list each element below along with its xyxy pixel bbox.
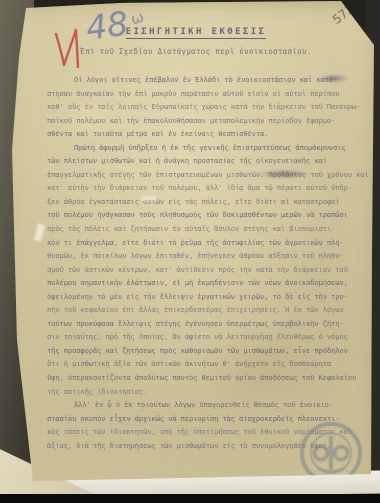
text-line: σμοῦ τῶν ἀστικῶν κέντρων, κατ' ἀντίθεσιν… bbox=[47, 263, 374, 277]
text-line: τοῦ πολέμου ἠνάγκασαν τοὺς πληθυσμοὺς τῶ… bbox=[47, 208, 374, 222]
paper-scratch bbox=[142, 196, 157, 201]
text-line: ὀφειλομένην τὸ μὲν εἰς τὴν ἔλλειψιν ἐργα… bbox=[47, 290, 374, 304]
text-line: ξεν ἀθρόα ἐγκατάστασις ἀστῶν εἰς τὰς πόλ… bbox=[47, 195, 374, 209]
text-line: παϊκοῦ πολέμου καὶ τὴν ἐπακολουθήσασαν μ… bbox=[47, 114, 374, 128]
text-line: ὕψη, ὑπερακοντίζοντα ἀπολύτως παντὸς θεμ… bbox=[47, 371, 374, 385]
typewritten-page: 48 ω 573/26 ΕΙΣΗΓΗΤΙΚΗ ΕΚΘΕΣΙΣ Ἐπὶ τοῦ Σ… bbox=[0, 0, 380, 503]
text-line: ὅτι ἡ μισθωτικὴ ἀξία τῶν ἀστικῶν ἀκινήτω… bbox=[47, 357, 374, 371]
text-line: πὴν τοῦ κεφαλαίου ἐπὶ ἄλλας ἐπικερδεστέρ… bbox=[47, 303, 374, 317]
text-line: πολέμου σημαντικὴν ἐλάττωσιν, εἰ μὴ ἐκμη… bbox=[47, 276, 374, 290]
text-line: τῶν πλείστων μισθωτῶν καὶ ἡ ἀνάγκη προστ… bbox=[47, 154, 374, 168]
text-line: Ἀλλ' ἐν ᾧ ὁ ἐκ τοιούτων λόγων ὑπαγορευθε… bbox=[47, 398, 374, 412]
text-line: τῆς ἀστικῆς ἰδιοκτησίας. bbox=[47, 385, 374, 399]
text-line: κόν τι ἐπάγγελμα, εἴτε διότι τὸ ῥεῦμα τῆ… bbox=[47, 236, 374, 250]
document-title-text: ΕΙΣΗΓΗΤΙΚΗ ΕΚΘΕΣΙΣ bbox=[126, 27, 267, 39]
text-line: σθέντα καὶ τοιαῦτα μέτρα καὶ ἐν ἐκείναις… bbox=[47, 127, 374, 141]
text-line: τούτων προκύψασα ἔλλειψις στέγης ἐγέννησ… bbox=[47, 317, 374, 331]
scan-edge-bottom bbox=[0, 494, 380, 503]
handwritten-blue-number: 48 bbox=[84, 4, 130, 48]
text-line: κατ' αὐτὴν τὴν διάρκειαν τοῦ πολέμου, ἀλ… bbox=[47, 181, 374, 195]
document-body: Οἱ λόγοι οἵτινες ἐπέβαλον ἐν Ἑλλάδι τὸ ἐ… bbox=[47, 73, 374, 452]
text-line: θυσμῶν, ἐκ ποικίλων λόγων ἐπιταθέν, ἐπήν… bbox=[47, 249, 374, 263]
text-line: πρὸς τὰς πόλεις καὶ ζητήσωσιν ἐν αὐταῖς … bbox=[47, 222, 374, 236]
text-line: τῆς προσφορᾶς καὶ ζητήσεως πρὸς καθορισμ… bbox=[47, 344, 374, 358]
ink-smudge bbox=[319, 74, 349, 83]
ink-smudge bbox=[257, 169, 311, 179]
scanned-document-page: 48 ω 573/26 ΕΙΣΗΓΗΤΙΚΗ ΕΚΘΕΣΙΣ Ἐπὶ τοῦ Σ… bbox=[0, 0, 380, 503]
text-line: ἐπαγγελματικῆς στέγης τῶν ἐπιστρατευομέν… bbox=[47, 168, 374, 182]
text-line: στησαν ἀναγκαίαν τὴν ἐπὶ μακρὸν παράτασι… bbox=[47, 87, 374, 101]
text-line: καθ' οὓς ἐν ταῖς λοιπαῖς Εὐρωπαϊκαῖς χώρ… bbox=[47, 100, 374, 114]
text-line: σιν τοιαύτης, πρὸ τῆς ὁποίας, ἂν ἀφίετο … bbox=[47, 330, 374, 344]
document-subtitle: Ἐπὶ τοῦ Σχεδίου Διατάγματος περὶ ἐνοικιο… bbox=[40, 47, 352, 56]
document-title: ΕΙΣΗΓΗΤΙΚΗ ΕΚΘΕΣΙΣ bbox=[40, 27, 352, 37]
text-line: Πρώτη ἀφορμὴ ὑπῆρξεν ἡ ἐκ τῆς γενικῆς ἐπ… bbox=[47, 141, 374, 155]
